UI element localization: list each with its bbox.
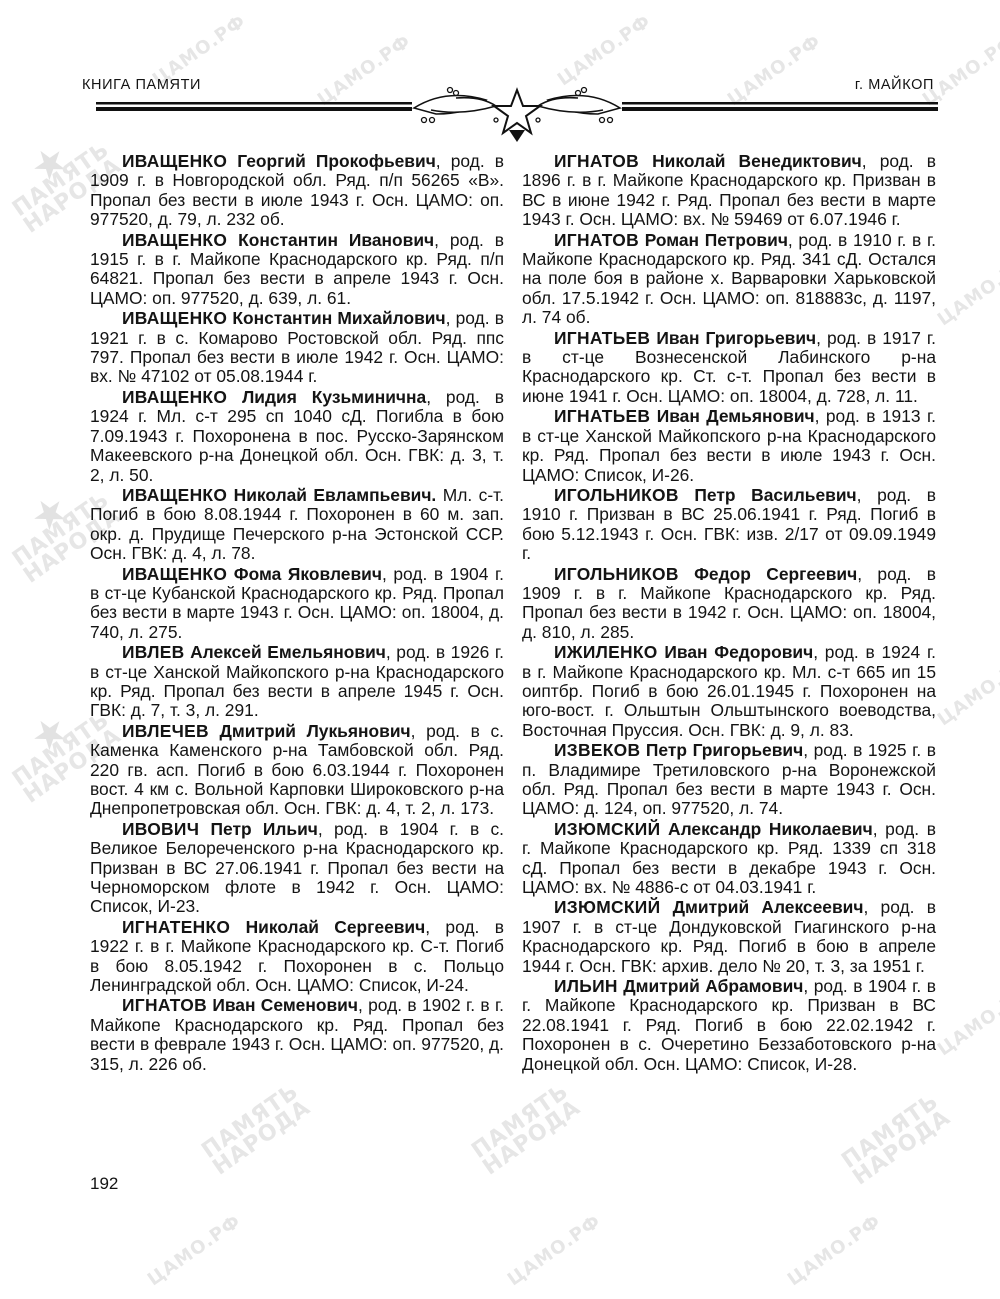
memorial-entry: ИЖИЛЕНКО Иван Федорович, род. в 1924 г. … <box>522 643 936 740</box>
star-laurel-ornament-icon <box>96 86 938 146</box>
left-column: ИВАЩЕНКО Георгий Прокофьевич, род. в 190… <box>90 152 504 1075</box>
memorial-entry: ИГОЛЬНИКОВ Петр Васильевич, род. в 1910 … <box>522 486 936 564</box>
watermark: ПАМЯТЬНАРОДА <box>469 1081 584 1179</box>
page-number: 192 <box>90 1174 118 1194</box>
memorial-entry: ИЛЬИН Дмитрий Абрамович, род. в 1904 г. … <box>522 977 936 1074</box>
watermark: ЦАМО.РФ <box>934 981 1000 1061</box>
memorial-entry: ИВАЩЕНКО Георгий Прокофьевич, род. в 190… <box>90 152 504 230</box>
memorial-entry: ИГОЛЬНИКОВ Федор Сергеевич, род. в 1909 … <box>522 565 936 643</box>
watermark: ЦАМО.РФ <box>934 651 1000 731</box>
memorial-entry: ИГНАТОВ Иван Семенович, род. в 1902 г. в… <box>90 996 504 1074</box>
memorial-entry: ИВЛЕВ Алексей Емельянович, род. в 1926 г… <box>90 643 504 721</box>
memorial-entry: ИГНАТЬЕВ Иван Демьянович, род. в 1913 г.… <box>522 407 936 485</box>
memorial-entry: ИЗЮМСКИЙ Александр Николаевич, род. в г.… <box>522 820 936 898</box>
memorial-entry: ИВОВИЧ Петр Ильич, род. в 1904 г. в с. В… <box>90 820 504 917</box>
right-column: ИГНАТОВ Николай Венедиктович, род. в 189… <box>522 152 936 1075</box>
watermark: ЦАМО.РФ <box>934 251 1000 331</box>
memorial-entry: ИВАЩЕНКО Николай Евлампьевич. Мл. с-т. П… <box>90 486 504 564</box>
memorial-entry: ИВЛЕЧЕВ Дмитрий Лукьянович, род. в с. Ка… <box>90 722 504 819</box>
memorial-entry: ИВАЩЕНКО Константин Михайлович, род. в 1… <box>90 309 504 387</box>
memorial-entry: ИГНАТЬЕВ Иван Григорьевич, род. в 1917 г… <box>522 329 936 407</box>
memorial-entry: ИВАЩЕНКО Константин Иванович, род. в 191… <box>90 231 504 309</box>
memorial-entry: ИГНАТОВ Николай Венедиктович, род. в 189… <box>522 152 936 230</box>
memorial-entry: ИЗЮМСКИЙ Дмитрий Алексеевич, род. в 1907… <box>522 898 936 976</box>
watermark: ЦАМО.РФ <box>504 1211 605 1291</box>
memorial-entry: ИГНАТЕНКО Николай Сергеевич, род. в 1922… <box>90 918 504 996</box>
watermark: ПАМЯТЬНАРОДА <box>839 1091 954 1189</box>
two-column-text: ИВАЩЕНКО Георгий Прокофьевич, род. в 190… <box>90 152 936 1075</box>
memorial-entry: ИЗВЕКОВ Петр Григорьевич, род. в 1925 г.… <box>522 741 936 819</box>
watermark: ЦАМО.РФ <box>144 1211 245 1291</box>
memorial-entry: ИГНАТОВ Роман Петрович, род. в 1910 г. в… <box>522 231 936 328</box>
memorial-entry: ИВАЩЕНКО Фома Яковлевич, род. в 1904 г. … <box>90 565 504 643</box>
memorial-entry: ИВАЩЕНКО Лидия Кузьминична, род. в 1924 … <box>90 388 504 485</box>
watermark: ПАМЯТЬНАРОДА <box>199 1081 314 1179</box>
watermark: ЦАМО.РФ <box>784 1211 885 1291</box>
